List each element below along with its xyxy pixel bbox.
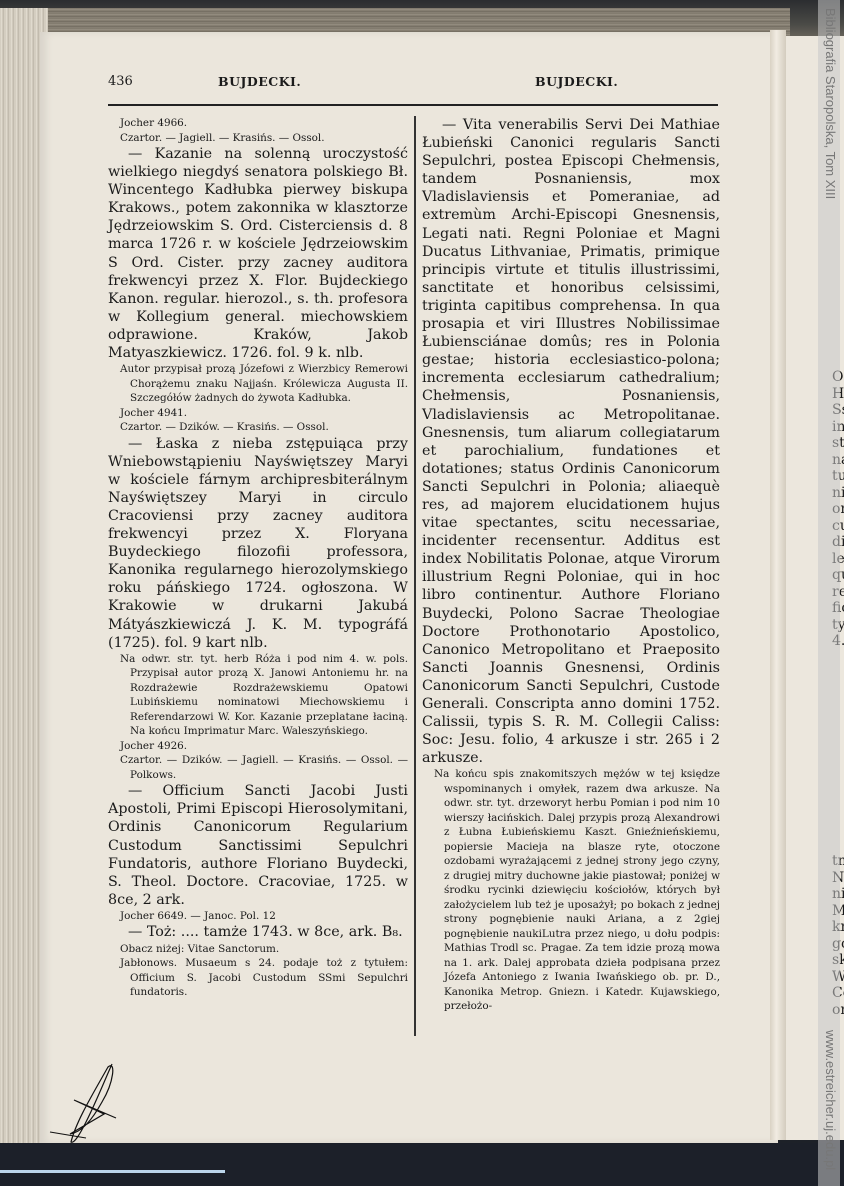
watermark-title: Bibliografia Staropolska, Tom XIII bbox=[823, 8, 838, 199]
left-column: Jocher 4966.Czartor. — Jagiell. — Krasiń… bbox=[108, 116, 408, 1000]
entry-note: Czartor. — Dzików. — Krasińs. — Ossol. bbox=[108, 420, 408, 435]
entry-note: Na odwr. str. tyt. herb Róża i pod nim 4… bbox=[108, 652, 408, 739]
entry-paragraph: — Łaska z nieba zstępuiąca przy Wniebows… bbox=[108, 435, 408, 652]
watermark-url: www.estreicher.uj.edu.pl bbox=[823, 1030, 838, 1170]
signature-icon bbox=[46, 1062, 136, 1152]
entry-note: Jocher 4941. bbox=[108, 406, 408, 421]
entry-note: Obacz niżej: Vitae Sanctorum. bbox=[108, 942, 408, 957]
right-column: — Vita venerabilis Servi Dei Mathiae Łub… bbox=[422, 116, 720, 1014]
page-header: 436 BUJDECKI. BUJDECKI. bbox=[108, 74, 718, 96]
entry-paragraph: — Kazanie na solenną uroczystość wielkie… bbox=[108, 145, 408, 362]
entry-paragraph: — Officium Sancti Jacobi Justi Apostoli,… bbox=[108, 782, 408, 909]
running-head-left: BUJDECKI. bbox=[218, 74, 301, 89]
scanner-edge-line bbox=[0, 1170, 225, 1173]
entry-note: Jabłonows. Musaeum s 24. podaje toż z ty… bbox=[108, 956, 408, 1000]
entry-paragraph: — Toż: .... tamże 1743. w 8ce, ark. B₈. bbox=[108, 923, 408, 941]
header-rule bbox=[108, 104, 718, 106]
entry-note: Autor przypisał prozą Józefowi z Wierzbi… bbox=[108, 362, 408, 406]
page-number: 436 bbox=[108, 74, 133, 89]
running-head-right: BUJDECKI. bbox=[535, 74, 618, 89]
entry-note: Na końcu spis znakomitszych mężów w tej … bbox=[422, 767, 720, 1014]
entry-note: Czartor. — Jagiell. — Krasińs. — Ossol. bbox=[108, 131, 408, 146]
book-gutter bbox=[770, 30, 786, 1140]
entry-note: Czartor. — Dzików. — Jagiell. — Krasińs.… bbox=[108, 753, 408, 782]
column-divider bbox=[414, 116, 416, 1036]
entry-paragraph: — Vita venerabilis Servi Dei Mathiae Łub… bbox=[422, 116, 720, 767]
entry-note: Jocher 4966. bbox=[108, 116, 408, 131]
entry-note: Jocher 4926. bbox=[108, 739, 408, 754]
entry-note: Jocher 6649. — Janoc. Pol. 12 bbox=[108, 909, 408, 924]
